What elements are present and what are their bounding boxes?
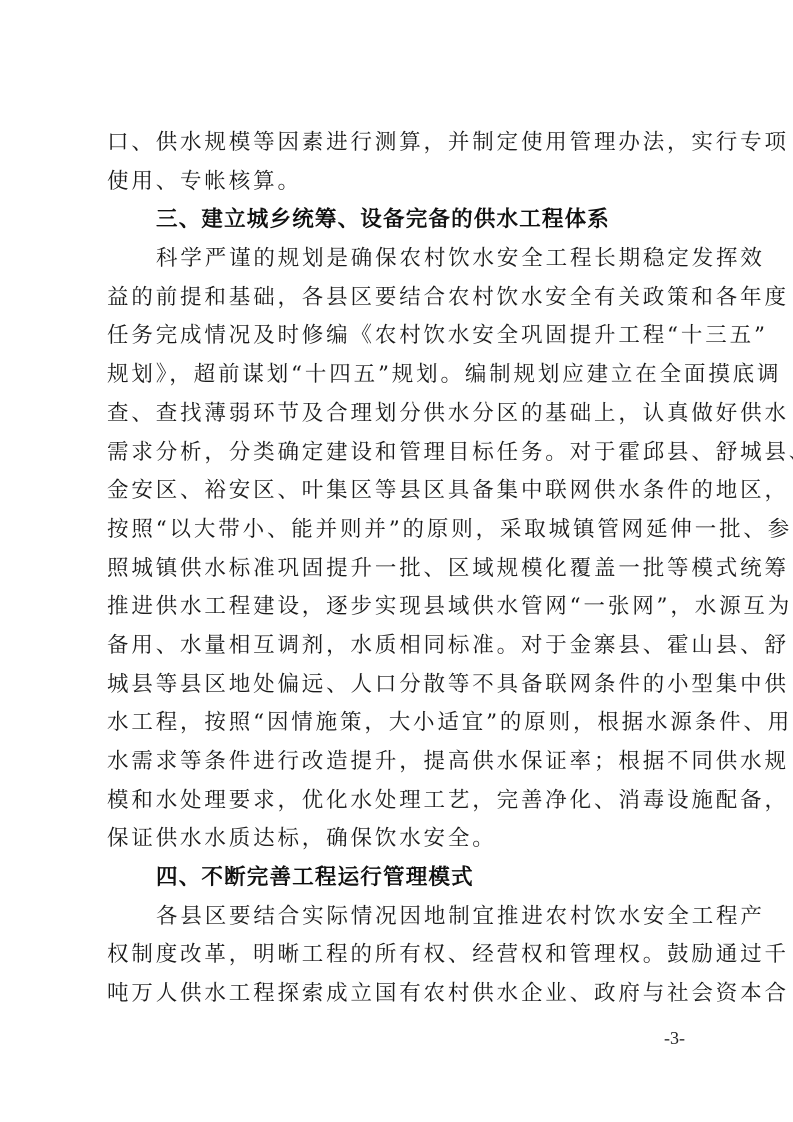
paragraph-line: 照城镇供水标准巩固提升一批、区域规模化覆盖一批等模式统筹 — [107, 550, 695, 589]
paragraph-line: 水需求等条件进行改造提升，提高供水保证率；根据不同供水规 — [107, 743, 695, 782]
paragraph-line: 益的前提和基础，各县区要结合农村饮水安全有关政策和各年度 — [107, 279, 695, 318]
paragraph-line: 模和水处理要求，优化水处理工艺，完善净化、消毒设施配备， — [107, 782, 695, 821]
paragraph-line: 科学严谨的规划是确保农村饮水安全工程长期稳定发挥效 — [107, 240, 695, 279]
paragraph-line: 备用、水量相互调剂，水质相同标准。对于金寨县、霍山县、舒 — [107, 627, 695, 666]
paragraph-line: 任务完成情况及时修编《农村饮水安全巩固提升工程“十三五” — [107, 317, 695, 356]
section-heading-4: 四、不断完善工程运行管理模式 — [107, 859, 695, 898]
page-number: -3- — [664, 1028, 685, 1049]
paragraph-line: 需求分析，分类确定建设和管理目标任务。对于霍邱县、舒城县、 — [107, 434, 695, 473]
section-heading-3: 三、建立城乡统筹、设备完备的供水工程体系 — [107, 201, 695, 240]
paragraph-line: 保证供水水质达标，确保饮水安全。 — [107, 820, 695, 859]
paragraph-line: 推进供水工程建设，逐步实现县域供水管网“一张网”，水源互为 — [107, 588, 695, 627]
paragraph-line: 使用、专帐核算。 — [107, 163, 695, 202]
paragraph-line: 城县等县区地处偏远、人口分散等不具备联网条件的小型集中供 — [107, 666, 695, 705]
document-page: 口、供水规模等因素进行测算，并制定使用管理办法，实行专项 使用、专帐核算。 三、… — [107, 124, 695, 1014]
paragraph-line: 按照“以大带小、能并则并”的原则，采取城镇管网延伸一批、参 — [107, 511, 695, 550]
paragraph-line: 规划》，超前谋划“十四五”规划。编制规划应建立在全面摸底调 — [107, 356, 695, 395]
paragraph-line: 水工程，按照“因情施策，大小适宜”的原则，根据水源条件、用 — [107, 704, 695, 743]
paragraph-line: 金安区、裕安区、叶集区等县区具备集中联网供水条件的地区， — [107, 472, 695, 511]
paragraph-line: 各县区要结合实际情况因地制宜推进农村饮水安全工程产 — [107, 898, 695, 937]
paragraph-line: 查、查找薄弱环节及合理划分供水分区的基础上，认真做好供水 — [107, 395, 695, 434]
paragraph-line: 口、供水规模等因素进行测算，并制定使用管理办法，实行专项 — [107, 124, 695, 163]
paragraph-line: 权制度改革，明晰工程的所有权、经营权和管理权。鼓励通过千 — [107, 936, 695, 975]
paragraph-line: 吨万人供水工程探索成立国有农村供水企业、政府与社会资本合 — [107, 975, 695, 1014]
